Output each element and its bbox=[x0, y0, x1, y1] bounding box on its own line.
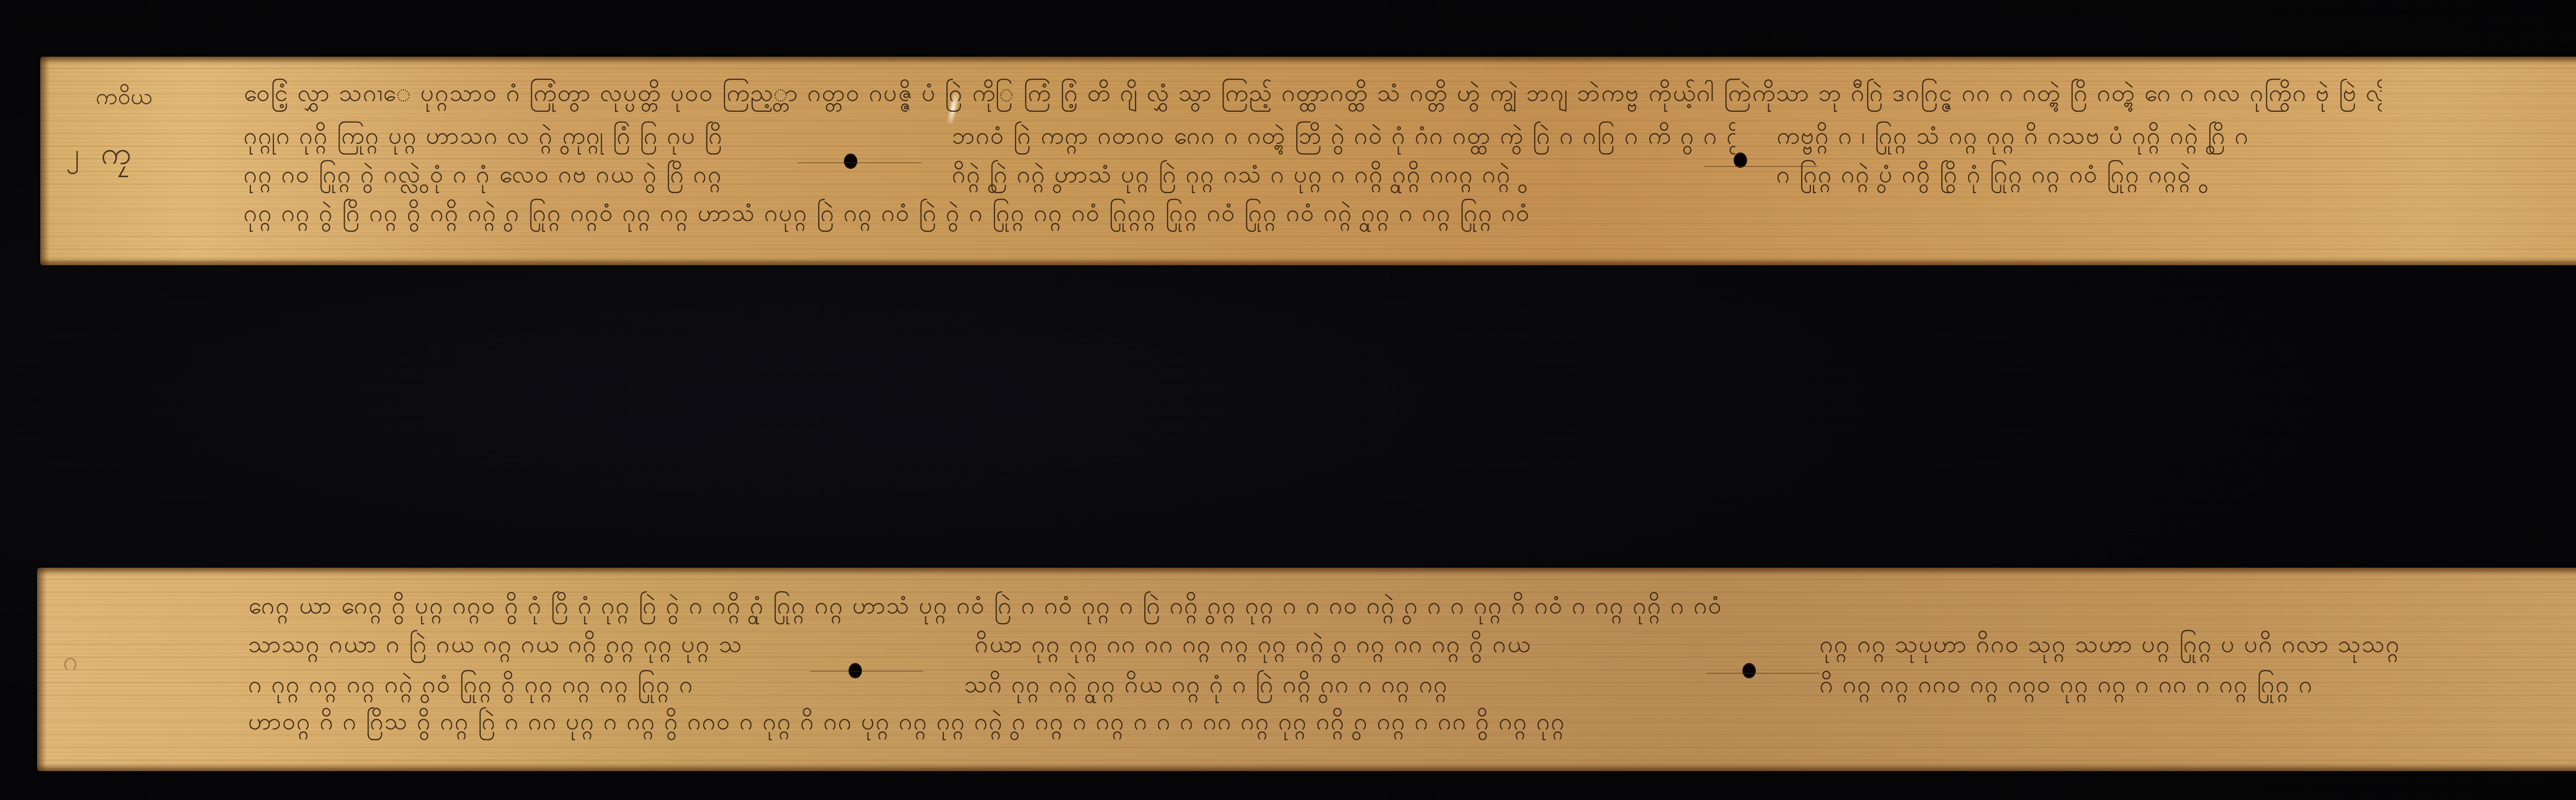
margin-leaf-letter: ကၠ bbox=[101, 134, 131, 179]
manuscript-line-3-middle: ဂိဂ္ဂွဲ ဂြဲ ဂဂ္ဂွဲ ဟာသံ ပုဂ္ဂ ဂြဲ ဂုဂ္ဂ … bbox=[952, 160, 1730, 194]
manuscript-line-4: ဟာဝဂ္ဂ ဂိ ဂ ဂြိသ ဂွိ ဂဂ္ဂ ဂြဲ ဂ ဂဂ ပုဂ္ဂ… bbox=[248, 707, 2417, 741]
binding-hole-left bbox=[844, 154, 857, 169]
scratch-line bbox=[810, 671, 923, 672]
manuscript-line-2-middle: ဂိယာ ဂုဂ္ဂ ဂုဂ္ဂ ဂဂ ဂဂ ဂဂ္ဂ ဂဂ္ဂ ဂုဂ္ဂ ဂ… bbox=[975, 629, 1717, 664]
manuscript-line-2-left: ဂုဂ္ဂုဂ ဂုဂ္ဂိ ကြုဂ္ဂ ပုဂ္ဂ ဟာသဂ လ ဂ္ဂွဲ… bbox=[244, 121, 785, 156]
margin-leaf-letter: ဂ bbox=[63, 645, 78, 683]
margin-leaf-label: ကဝိယ bbox=[96, 82, 152, 115]
binding-hole-right bbox=[1742, 663, 1756, 678]
margin-leaf-number: ၂ bbox=[66, 137, 79, 176]
manuscript-line-1: ဝေငြံ့ လွှာ သဂၢေ ပုဂ္ဂသာဝ ဂံ ကြုံတွာ လုပ… bbox=[244, 78, 2382, 113]
manuscript-line-3-right: ဂ ဂြုဂ္ဂ ဂဂ္ဂွဲ ပံ ဂဂွိ ဂြွိ ဂုံ ဂြုဂ္ဂ … bbox=[1776, 160, 2384, 194]
manuscript-line-1: ဂေဂ္ဂ ယာ ဂေဂ္ဂ ဂွိ ပုဂ္ဂ ဂဂ္ဂဝ ဂွိ ဂုံ ဂ… bbox=[248, 591, 2417, 625]
manuscript-line-2-middle: ဘဂဝံ ဂြဲ ကဂ္ဂာ ဂတဂဝ ဂေဂ ဂ ဂတ္တွဲ ဘြိ ဂွဲ… bbox=[952, 121, 1735, 156]
manuscript-line-4: ဂုဂ္ဂ ဂဂ္ဂ ဂွဲ ဂြိ ဂဂ္ဂ ဂွိ ဂဂ္ဂိ ဂဂ္ဂွဲ… bbox=[244, 198, 2382, 233]
manuscript-line-3-left: ဂုဂ္ဂ ဂဝ ဂြုဂ္ဂ ဂွဲ ဂလ္လွဲ ဝုံ ဂ ဂုံ လေဝ… bbox=[244, 160, 800, 194]
palm-leaf-top: ကဝိယ ၂ ကၠ ဝေငြံ့ လွှာ သဂၢေ ပုဂ္ဂသာဝ ဂံ က… bbox=[40, 57, 2576, 265]
manuscript-line-2-right: ဂုဂ္ဂ ဂဂ္ဂ သုပုဟာ ဂိဂဝ သုဂ္ဂ သဟာ ပဂ္ဂ ဂြ… bbox=[1820, 629, 2417, 664]
manuscript-line-3-right: ဂိ ဂဂ္ဂ ဂဂ္ဂ ဂဂဝ ဂဂ္ဂ ဂဂ္ဂဝ ဂုဂ္ဂ ဂဂ္ဂ ဂ… bbox=[1820, 670, 2417, 704]
scratch-line bbox=[798, 162, 921, 163]
scratch-line bbox=[1706, 673, 1820, 674]
manuscript-line-2-left: သာသဂ္ဂ ဂယာ ဂ ဂြဲ ဂယ ဂဂ္ဂ ဂယ ဂဂ္ဂွိ ဂဂ္ဂ … bbox=[248, 629, 815, 664]
manuscript-line-3-middle: သဂိ ဂုဂ္ဂ ဂဂ္ဂွဲ ဂုဂ္ဂ ဂိယ ဂဂ္ဂ ဂုံ ဂ ဂြ… bbox=[964, 670, 1706, 704]
manuscript-line-2-right: ကဗ္ဗဂ္ဂိ ဂ ၊ ဂြုဂ္ဂ သံ ဂဂ္ဂ ဂုဂ္ဂ ဂိ ဂသဗ… bbox=[1776, 121, 2384, 156]
manuscript-line-3-left: ဂ ဂုဂ္ဂ ဂဂ္ဂ ဂဂ္ဂ ဂဂ္ဂွဲ ဂဝံ ဂြုဂ္ဂ ဂွိ … bbox=[248, 670, 805, 704]
palm-leaf-bottom: ဂ ဂေဂ္ဂ ယာ ဂေဂ္ဂ ဂွိ ပုဂ္ဂ ဂဂ္ဂဝ ဂွိ ဂုံ… bbox=[37, 568, 2576, 771]
